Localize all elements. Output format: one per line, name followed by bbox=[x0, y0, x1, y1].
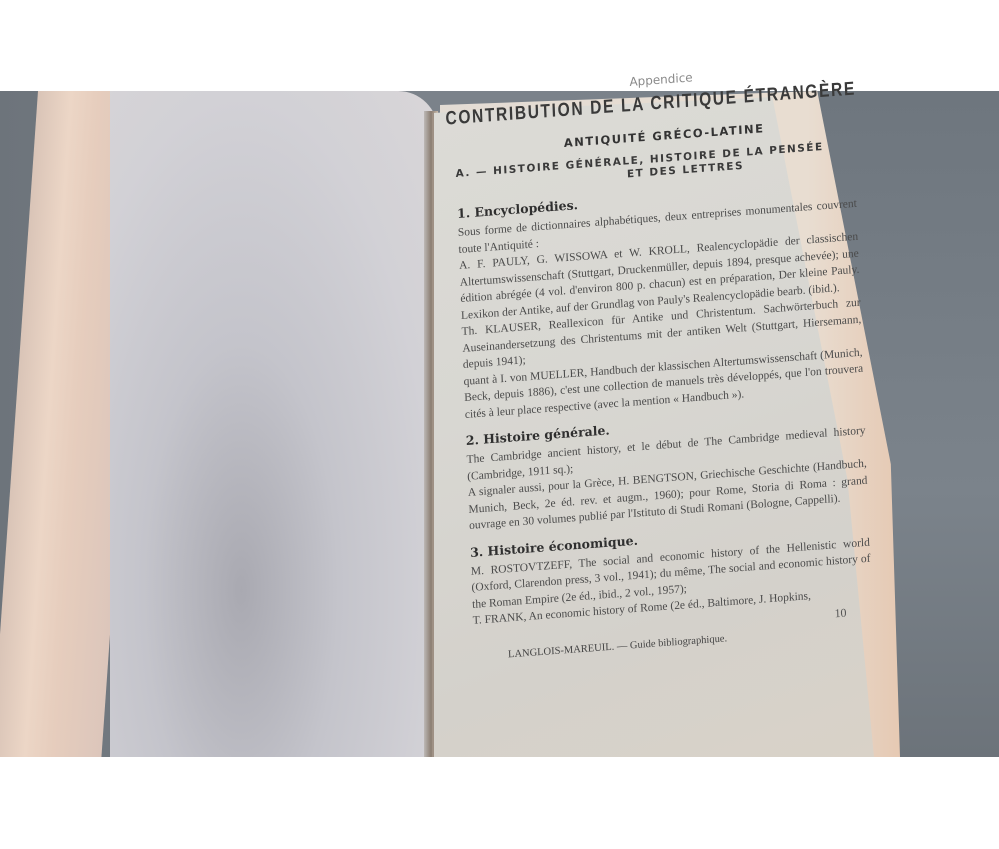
right-page-text: Appendice CONTRIBUTION DE LA CRITIQUE ÉT… bbox=[452, 51, 873, 663]
subsection-histoire-generale: 2. Histoire générale. The Cambridge anci… bbox=[466, 404, 869, 535]
subsection-encyclopedies: 1. Encyclopédies. Sous forme de dictionn… bbox=[457, 177, 864, 423]
bottom-margin bbox=[0, 757, 999, 849]
subsection-histoire-economique: 3. Histoire économique. M. ROSTOVTZEFF, … bbox=[470, 515, 872, 629]
page-number: 10 bbox=[834, 605, 847, 621]
left-page-blank bbox=[110, 91, 438, 757]
